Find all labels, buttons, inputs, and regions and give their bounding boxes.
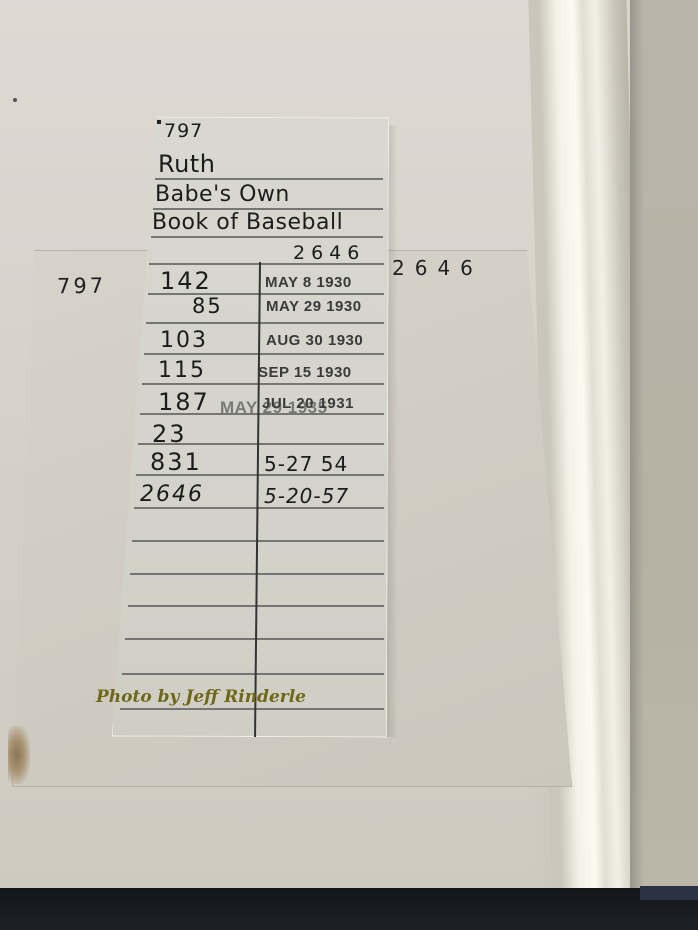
card-accession-number: 2646	[293, 242, 365, 264]
borrower-number: 115	[158, 358, 206, 383]
borrower-number: 831	[150, 448, 202, 476]
pocket-call-number: 797	[57, 274, 107, 299]
card-rule	[122, 673, 384, 675]
card-author: Ruth	[158, 150, 215, 178]
page-speck	[13, 98, 17, 102]
card-rule	[144, 353, 384, 355]
borrower-number: 187	[158, 388, 210, 416]
due-date-handwritten: 5-27 54	[264, 452, 348, 476]
board-shadow	[630, 0, 644, 890]
dark-table-surface	[0, 888, 698, 930]
due-date-stamp: JUL 20 1931	[262, 395, 354, 412]
pocket-accession-number: 2646	[392, 256, 483, 280]
borrower-number: 2646	[140, 482, 204, 507]
card-corner-mark	[157, 120, 161, 124]
pocket-stain	[8, 726, 30, 784]
card-title-line1: Babe's Own	[155, 182, 290, 207]
card-rule	[132, 540, 384, 542]
borrower-number: 142	[160, 267, 212, 295]
borrower-number: 23	[152, 420, 187, 448]
card-rule	[155, 178, 383, 180]
due-date-stamp: MAY 8 1930	[265, 274, 352, 291]
card-call-number: 797	[164, 120, 203, 142]
due-date-handwritten: 5-20-57	[264, 484, 349, 508]
book-interior-photo: 797 2646 797 Ruth Babe's Own Book of Bas…	[0, 0, 698, 930]
due-date-stamp: SEP 15 1930	[258, 364, 352, 381]
photo-credit: Photo by Jeff Rinderle	[96, 687, 306, 707]
card-rule	[151, 236, 383, 238]
card-rule	[120, 708, 384, 710]
due-date-stamp: AUG 30 1930	[266, 332, 363, 349]
table-cloth-edge	[640, 886, 698, 900]
card-rule	[142, 383, 384, 385]
card-title-line2: Book of Baseball	[152, 210, 343, 235]
due-date-stamp: MAY 29 1930	[266, 298, 362, 315]
card-rule	[146, 322, 384, 324]
borrower-number: 85	[192, 294, 223, 318]
borrower-number: 103	[160, 328, 208, 353]
